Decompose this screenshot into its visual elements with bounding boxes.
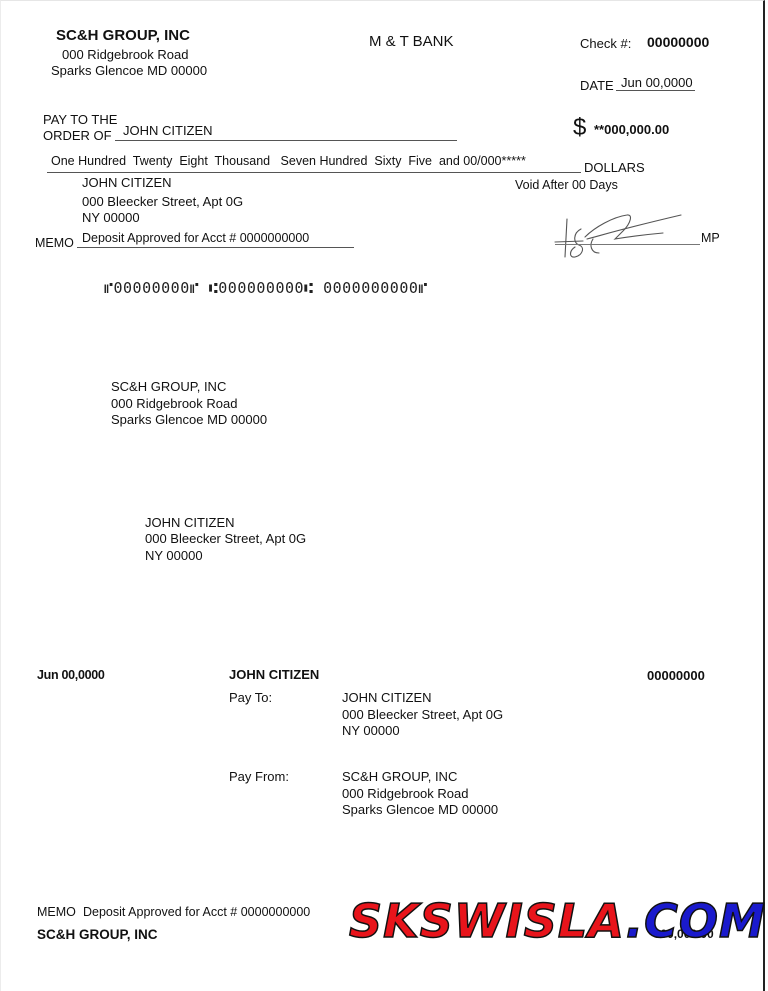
void-notice: Void After 00 Days	[515, 178, 618, 192]
stub-pay-to-line1: 000 Bleecker Street, Apt 0G	[342, 707, 503, 722]
signature-icon	[553, 209, 693, 261]
signature-line	[555, 244, 700, 245]
amount-words-underline	[47, 172, 581, 173]
date-underline	[616, 90, 695, 91]
amount-words: One Hundred Twenty Eight Thousand Seven …	[51, 154, 526, 168]
stub-check-number: 00000000	[647, 668, 705, 683]
company-address-line1: 000 Ridgebrook Road	[62, 47, 188, 62]
stub-pay-from-line2: Sparks Glencoe MD 00000	[342, 802, 498, 817]
payee-underline	[115, 140, 457, 141]
stub-pay-from-name: SC&H GROUP, INC	[342, 769, 457, 784]
check-number: 00000000	[647, 34, 709, 50]
watermark-part2: .COM	[626, 894, 766, 948]
mailing-address-name: JOHN CITIZEN	[145, 515, 235, 530]
company-name: SC&H GROUP, INC	[56, 27, 190, 44]
signature-initials: MP	[701, 231, 720, 245]
payee-address-name: JOHN CITIZEN	[82, 175, 172, 190]
dollars-label: DOLLARS	[584, 160, 645, 175]
payee-address-line2: NY 00000	[82, 210, 140, 225]
return-address-line2: Sparks Glencoe MD 00000	[111, 412, 267, 427]
return-address-name: SC&H GROUP, INC	[111, 379, 226, 394]
memo-underline	[77, 247, 354, 248]
stub-memo-label: MEMO	[37, 905, 76, 919]
bank-name: M & T BANK	[369, 33, 453, 50]
payee-address-line1: 000 Bleecker Street, Apt 0G	[82, 194, 243, 209]
company-address-line2: Sparks Glencoe MD 00000	[51, 63, 207, 78]
watermark-logo: SKSWISLA.COM	[349, 894, 766, 948]
return-address-line1: 000 Ridgebrook Road	[111, 396, 237, 411]
check-page: SC&H GROUP, INC 000 Ridgebrook Road Spar…	[0, 0, 765, 991]
payee-name: JOHN CITIZEN	[123, 123, 213, 138]
stub-pay-to-line2: NY 00000	[342, 723, 400, 738]
stub-pay-from-line1: 000 Ridgebrook Road	[342, 786, 468, 801]
dollar-sign-icon: $	[573, 114, 586, 142]
mailing-address-line1: 000 Bleecker Street, Apt 0G	[145, 531, 306, 546]
amount-numeric: **000,000.00	[594, 122, 669, 137]
check-number-label: Check #:	[580, 36, 631, 51]
stub-pay-from-label: Pay From:	[229, 769, 289, 784]
stub-memo-text: Deposit Approved for Acct # 0000000000	[83, 905, 310, 919]
stub-pay-to-name: JOHN CITIZEN	[342, 690, 432, 705]
date-label: DATE	[580, 78, 614, 93]
pay-to-label: PAY TO THE	[43, 112, 117, 127]
memo-label: MEMO	[35, 236, 74, 250]
stub-company: SC&H GROUP, INC	[37, 927, 158, 942]
mailing-address-line2: NY 00000	[145, 548, 203, 563]
memo-text: Deposit Approved for Acct # 0000000000	[82, 231, 309, 245]
stub-payee: JOHN CITIZEN	[229, 667, 319, 682]
stub-date: Jun 00,0000	[37, 668, 105, 682]
watermark-part1: SKSWISLA	[349, 894, 626, 948]
micr-line: ⑈00000000⑈ ⑆000000000⑆ 0000000000⑈	[104, 279, 428, 297]
stub-pay-to-label: Pay To:	[229, 690, 272, 705]
date-value: Jun 00,0000	[621, 75, 693, 90]
order-of-label: ORDER OF	[43, 128, 112, 143]
